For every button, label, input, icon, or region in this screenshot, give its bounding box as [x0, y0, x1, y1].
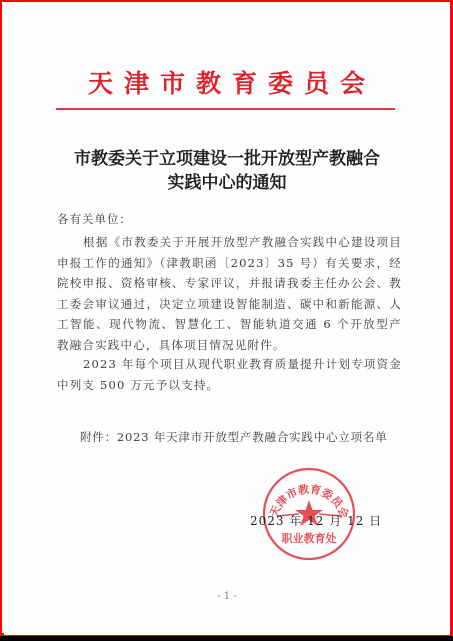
document-frame: 天津市教育委员会 市教委关于立项建设一批开放型产教融合 实践中心的通知 各有关单… [0, 0, 453, 636]
paragraph-2-text: 2023 年每个项目从现代职业教育质量提升计划专项资金中列支 500 万元予以支… [57, 357, 402, 392]
header-divider [56, 108, 395, 110]
issue-date: 2023 年 12 月 12 日 [250, 512, 382, 529]
salutation: 各有关单位： [57, 211, 132, 227]
title-line-2: 实践中心的通知 [4, 171, 450, 195]
body-paragraph-1: 根据《市教委关于开展开放型产教融合实践中心建设项目申报工作的通知》（津教职函〔2… [57, 232, 402, 355]
svg-text:职业教育处: 职业教育处 [282, 531, 337, 545]
title-line-1: 市教委关于立项建设一批开放型产教融合 [4, 147, 450, 171]
paragraph-1-text: 根据《市教委关于开展开放型产教融合实践中心建设项目申报工作的通知》（津教职函〔2… [57, 235, 402, 352]
document-page: 天津市教育委员会 市教委关于立项建设一批开放型产教融合 实践中心的通知 各有关单… [4, 4, 450, 635]
body-paragraph-2: 2023 年每个项目从现代职业教育质量提升计划专项资金中列支 500 万元予以支… [57, 354, 402, 395]
page-number: - 1 - [4, 591, 450, 602]
org-header-title: 天津市教育委员会 [4, 64, 450, 100]
attachment-note: 附件：2023 年天津市开放型产教融合实践中心立项名单 [80, 429, 388, 445]
document-title: 市教委关于立项建设一批开放型产教融合 实践中心的通知 [4, 147, 450, 195]
